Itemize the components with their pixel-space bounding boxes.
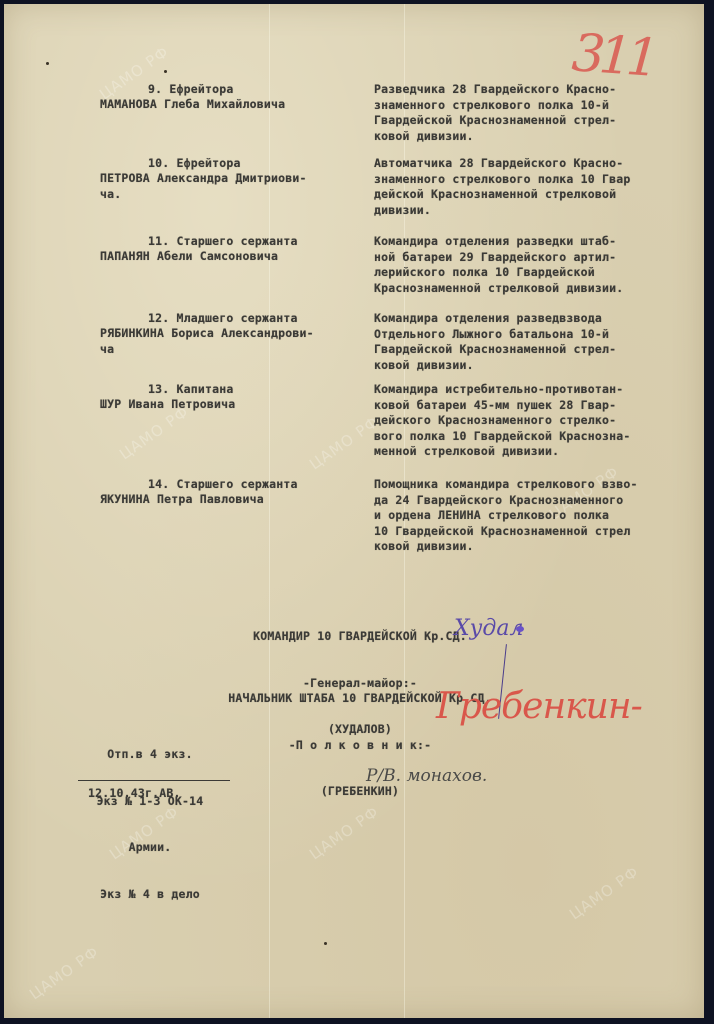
entry-description: Помощника командира стрелкового взво-да … (374, 477, 704, 555)
entry-name: ШУР Ивана Петровича (100, 397, 235, 413)
entry-description: Командира отделения разведвзводаОтдельно… (374, 311, 704, 373)
entry-rank: 13. Капитана (100, 382, 234, 398)
ink-blot (516, 626, 524, 632)
commander-handwritten-signature: Худал (454, 616, 524, 641)
entry-name: МАМАНОВА Глеба Михайловича (100, 97, 285, 113)
paper-speck (324, 942, 327, 945)
chief-of-staff-name: (ГРЕБЕНКИН) (200, 784, 520, 800)
entry-name: ПАПАНЯН Абели Самсоновича (100, 249, 278, 265)
chief-of-staff-handwritten-signature: Гребенкин- (436, 686, 642, 727)
entry-description: Автоматчика 28 Гвардейского Красно-знаме… (374, 156, 704, 218)
entry-name: ПЕТРОВА Александра Дмитриови-ча. (100, 171, 307, 202)
paper-fold-line (269, 4, 270, 1018)
entry-rank: 12. Младшего сержанта (100, 311, 298, 327)
entry-rank: 11. Старшего сержанта (100, 234, 298, 250)
entry-description: Разведчика 28 Гвардейского Красно-знамен… (374, 82, 704, 144)
entry-description: Командира отделения разведки штаб-ной ба… (374, 234, 704, 296)
entry-rank: 9. Ефрейтора (100, 82, 234, 98)
entry-name: ЯКУНИНА Петра Павловича (100, 492, 264, 508)
chief-of-staff-rank: -П о л к о в н и к:- (200, 738, 520, 754)
entry-description: Командира истребительно-противотан-ковой… (374, 382, 704, 460)
footer-divider (78, 780, 230, 781)
watermark: ЦАМО РФ (306, 413, 382, 474)
entry-name: РЯБИНКИНА Бориса Александрови-ча (100, 326, 314, 357)
watermark: ЦАМО РФ (26, 943, 102, 1004)
paper-speck (164, 70, 167, 73)
handwritten-page-number: 311 (570, 23, 655, 89)
distribution-notes: Отп.в 4 экз. Экз № 1-3 ОК-14 Армии. Экз … (80, 716, 220, 933)
archival-document-page: ЦАМО РФ ЦАМО РФ ЦАМО РФ ЦАМО РФ ЦАМО РФ … (4, 4, 704, 1018)
watermark: ЦАМО РФ (566, 863, 642, 924)
paper-speck (46, 62, 49, 65)
document-date: 12.10.43г.АВ. (88, 786, 181, 802)
pencil-note: Р/В. монахов. (366, 766, 487, 786)
entry-rank: 14. Старшего сержанта (100, 477, 298, 493)
entry-rank: 10. Ефрейтора (100, 156, 241, 172)
